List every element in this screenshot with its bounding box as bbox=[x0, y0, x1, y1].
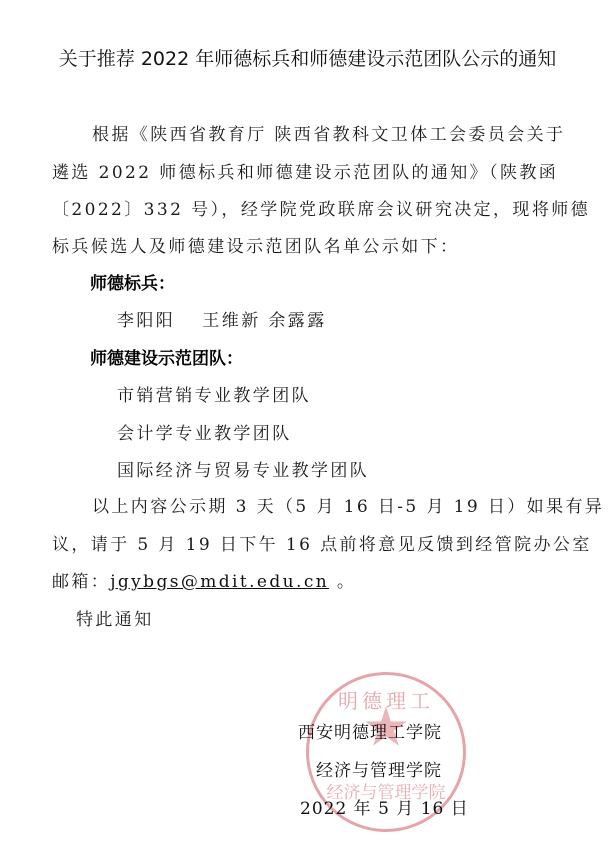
email-line: 邮箱：jgybgs@mdit.edu.cn 。 bbox=[52, 567, 356, 592]
individual-names: 李阳阳 王维新 余露露 bbox=[117, 306, 327, 331]
body-line: 标兵候选人及师德建设示范团队名单公示如下： bbox=[52, 232, 459, 257]
email-link[interactable]: jgybgs@mdit.edu.cn bbox=[110, 572, 329, 592]
notice-title: 关于推荐 2022 年师德标兵和师德建设示范团队公示的通知 bbox=[0, 44, 615, 71]
section-heading-individuals: 师德标兵： bbox=[90, 269, 175, 294]
closing-text: 特此通知 bbox=[76, 605, 154, 630]
team-item: 会计学专业教学团队 bbox=[117, 419, 292, 444]
team-item: 国际经济与贸易专业教学团队 bbox=[117, 456, 369, 481]
email-label: 邮箱： bbox=[52, 572, 110, 592]
signature-org: 西安明德理工学院 bbox=[298, 718, 442, 743]
body-line: 遴选 2022 师德标兵和师德建设示范团队的通知》（陕教函 bbox=[52, 158, 558, 183]
signature-date: 2022 年 5 月 16 日 bbox=[300, 794, 469, 819]
section-heading-teams: 师德建设示范团队： bbox=[90, 344, 243, 369]
signature-dept: 经济与管理学院 bbox=[316, 756, 442, 781]
body-line: 根据《陕西省教育厅 陕西省教科文卫体工会委员会关于 bbox=[92, 120, 565, 145]
notice-line: 以上内容公示期 3 天（5 月 16 日-5 月 19 日）如果有异 bbox=[92, 492, 604, 517]
notice-line: 议，请于 5 月 19 日下午 16 点前将意见反馈到经管院办公室 bbox=[52, 530, 592, 555]
team-item: 市销营销专业教学团队 bbox=[117, 381, 311, 406]
email-suffix: 。 bbox=[329, 572, 356, 592]
body-line: 〔2022〕332 号），经学院党政联席会议研究决定，现将师德 bbox=[52, 195, 590, 220]
